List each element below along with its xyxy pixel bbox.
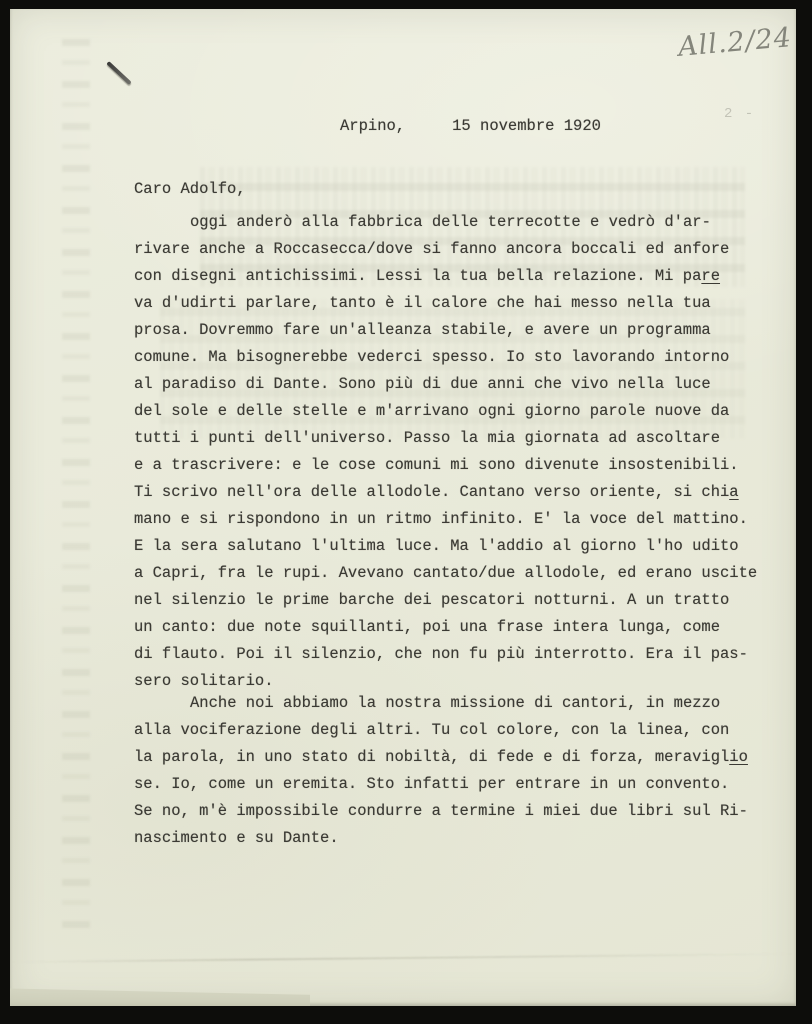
- pencil-archive-note: All.2/24: [677, 22, 793, 63]
- underlying-sheet-edge: [10, 981, 310, 1006]
- letter-line: oggi anderò alla fabbrica delle terrecot…: [134, 209, 752, 236]
- letter-place: Arpino,: [340, 117, 405, 135]
- letter-line: e a trascrivere: e le cose comuni mi son…: [134, 452, 752, 479]
- letter-line: Ti scrivo nell'ora delle allodole. Canta…: [134, 479, 752, 506]
- letter-line: Se no, m'è impossibile condurre a termin…: [134, 798, 752, 825]
- letter-paragraph: oggi anderò alla fabbrica delle terrecot…: [134, 209, 752, 695]
- letter-line: comune. Ma bisognerebbe vederci spesso. …: [134, 344, 752, 371]
- staple-mark: [106, 61, 131, 85]
- letter-paper: All.2/24 2 - Arpino,15 novembre 1920 Car…: [10, 9, 796, 1006]
- letter-line: del sole e delle stelle e m'arrivano ogn…: [134, 398, 752, 425]
- scanned-letter: All.2/24 2 - Arpino,15 novembre 1920 Car…: [0, 0, 812, 1024]
- letter-line: alla vociferazione degli altri. Tu col c…: [134, 717, 752, 744]
- letter-line: nel silenzio le prime barche dei pescato…: [134, 587, 752, 614]
- letter-line: nascimento e su Dante.: [134, 825, 752, 852]
- letter-line: con disegni antichissimi. Lessi la tua b…: [134, 263, 752, 290]
- letter-line: tutti i punti dell'universo. Passo la mi…: [134, 425, 752, 452]
- letter-paragraphs: oggi anderò alla fabbrica delle terrecot…: [134, 209, 752, 852]
- letter-date: 15 novembre 1920: [452, 117, 601, 135]
- letter-line: a Capri, fra le rupi. Avevano cantato/du…: [134, 560, 752, 587]
- letter-line: se. Io, come un eremita. Sto infatti per…: [134, 771, 752, 798]
- letter-line: prosa. Dovremmo fare un'alleanza stabile…: [134, 317, 752, 344]
- letter-line: di flauto. Poi il silenzio, che non fu p…: [134, 641, 752, 668]
- faint-page-number: 2 -: [724, 106, 755, 122]
- letter-line: mano e si rispondono in un ritmo infinit…: [134, 506, 752, 533]
- letter-line: rivare anche a Roccasecca/dove si fanno …: [134, 236, 752, 263]
- letter-line: va d'udirti parlare, tanto è il calore c…: [134, 290, 752, 317]
- letter-line: un canto: due note squillanti, poi una f…: [134, 614, 752, 641]
- letter-paragraph: Anche noi abbiamo la nostra missione di …: [134, 690, 752, 852]
- letter-line: la parola, in uno stato di nobiltà, di f…: [134, 744, 752, 771]
- letter-salutation: Caro Adolfo,: [134, 176, 752, 203]
- letter-dateline: Arpino,15 novembre 1920: [340, 117, 601, 135]
- letter-body: Caro Adolfo, oggi anderò alla fabbrica d…: [134, 176, 752, 852]
- paper-fold-line: [10, 953, 796, 963]
- letter-line: al paradiso di Dante. Sono più di due an…: [134, 371, 752, 398]
- letter-line: E la sera salutano l'ultima luce. Ma l'a…: [134, 533, 752, 560]
- letter-line: Anche noi abbiamo la nostra missione di …: [134, 690, 752, 717]
- left-margin-emboss-marks: [62, 39, 90, 939]
